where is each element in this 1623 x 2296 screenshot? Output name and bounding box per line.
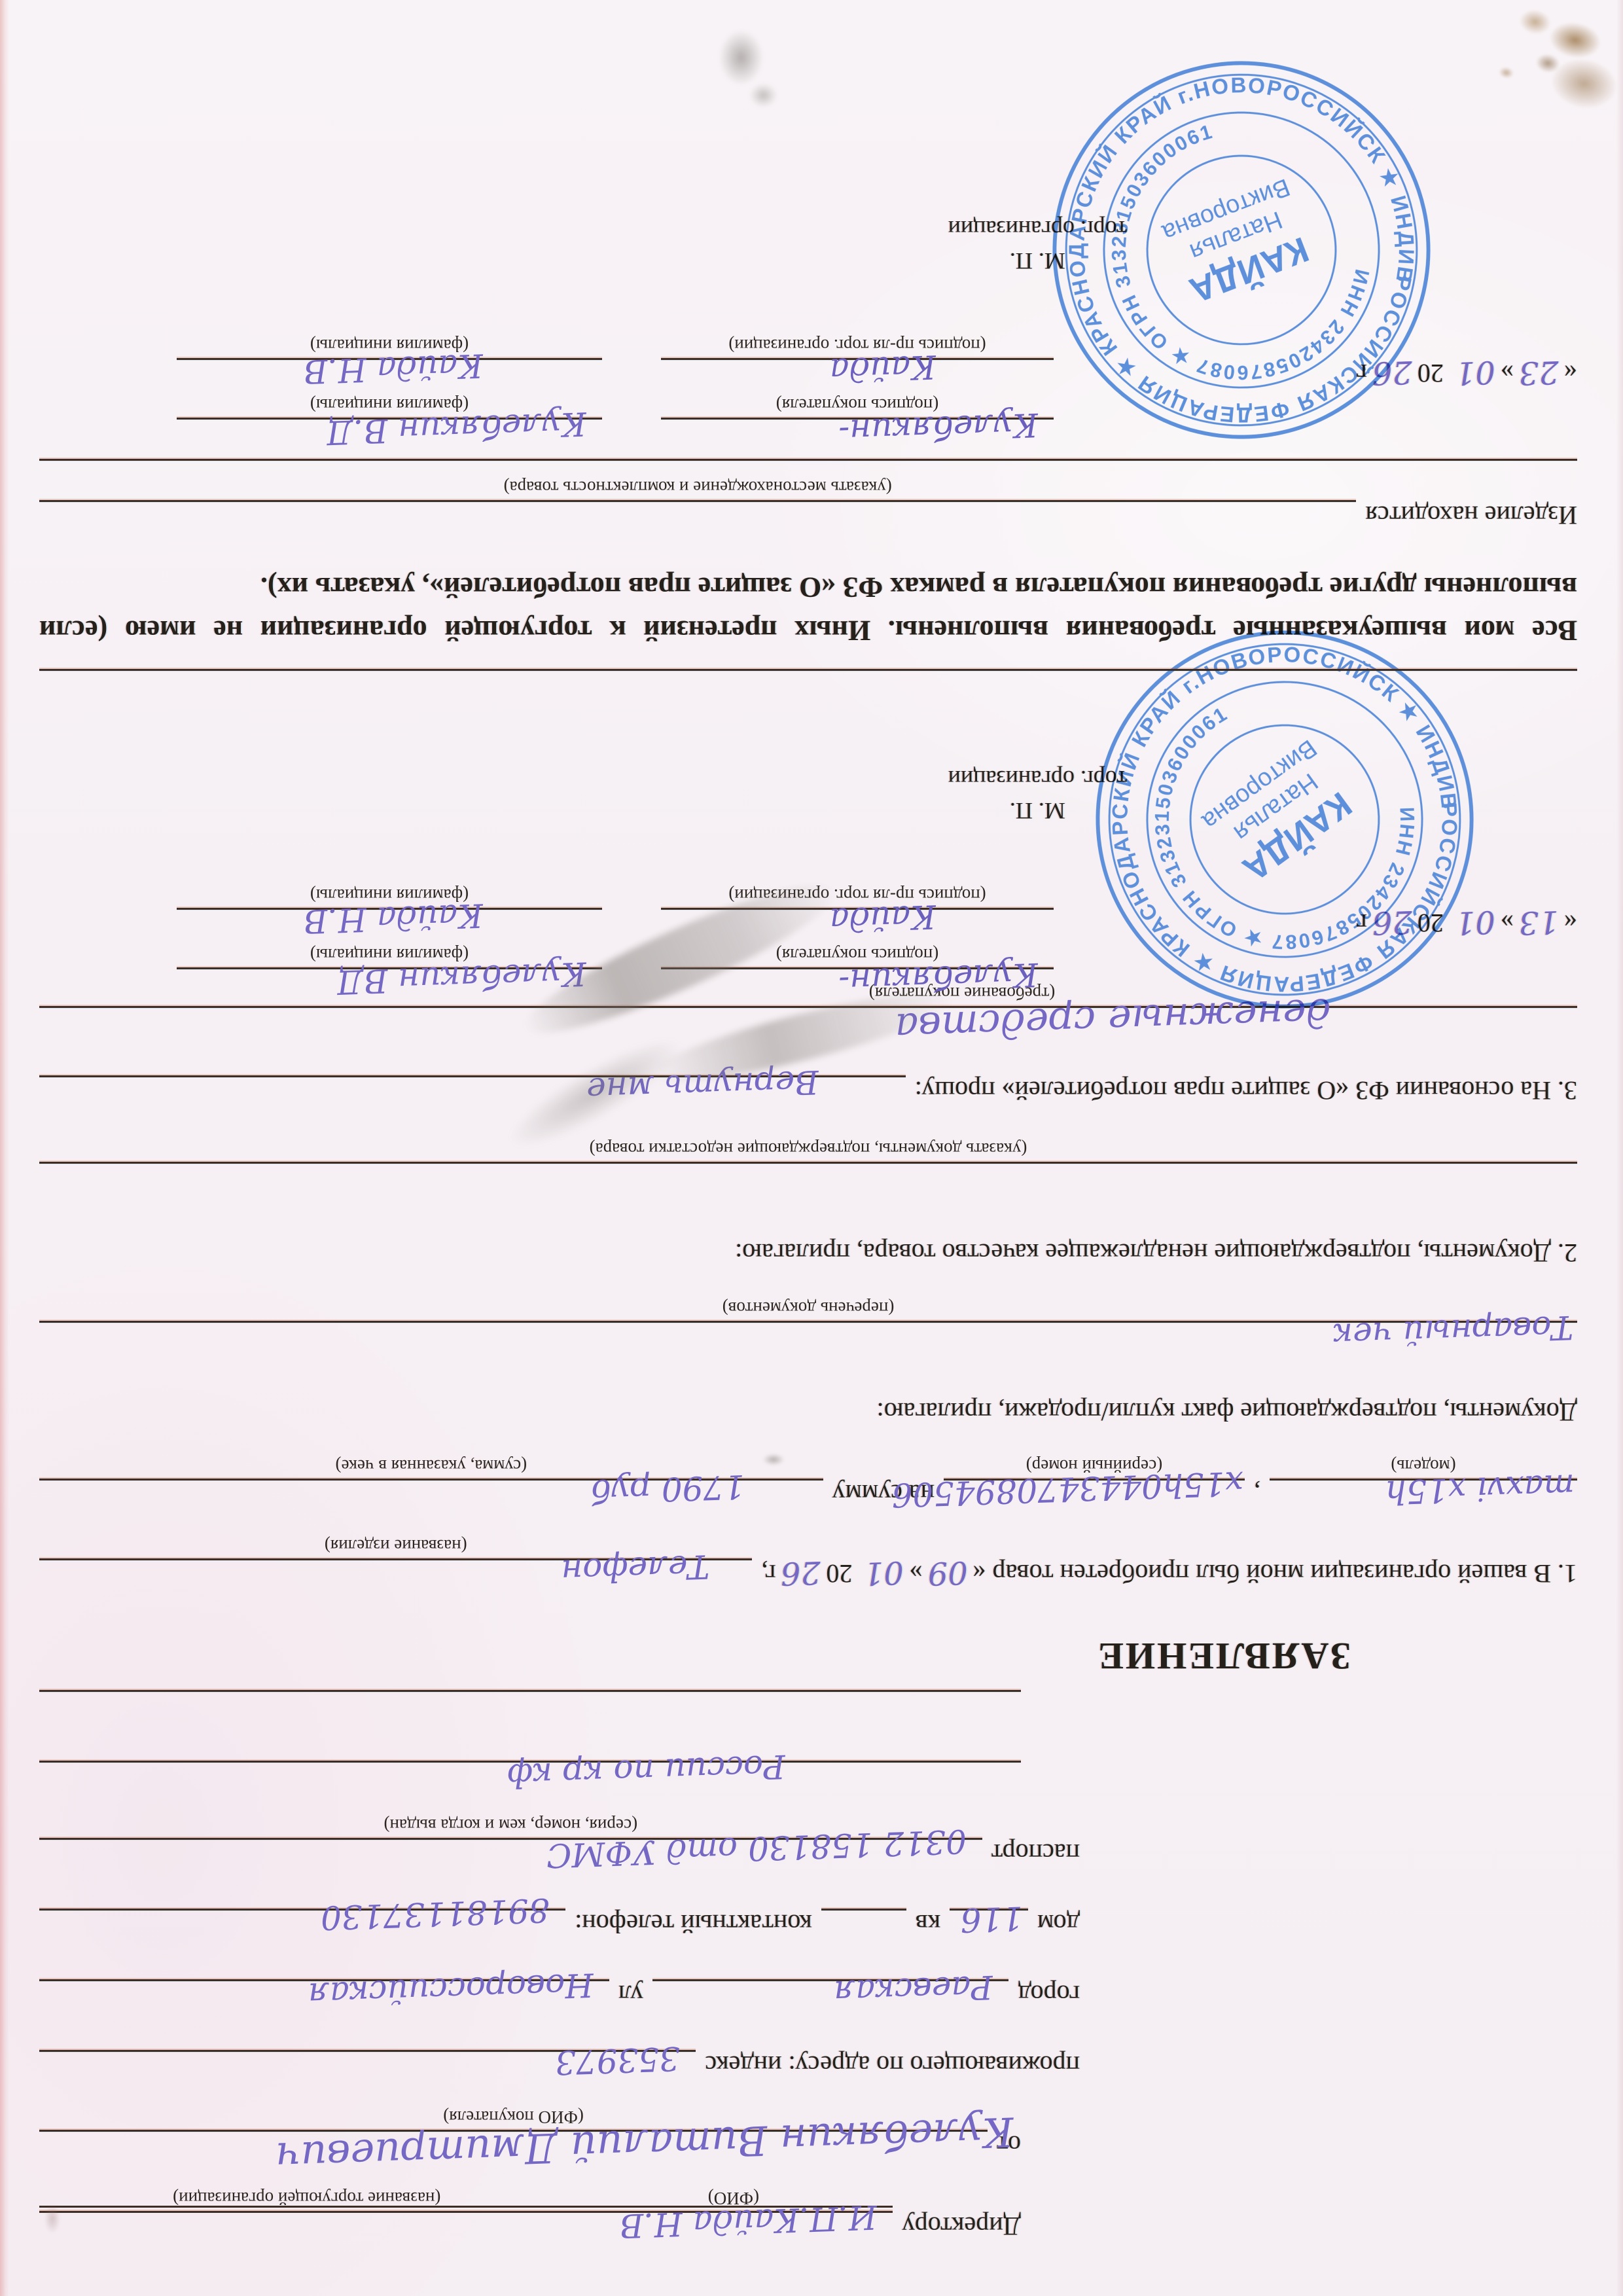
closing-paragraph: Все мои вышеуказанные требования выполне… — [39, 565, 1577, 652]
seller-sign-field-2: Кайда (подпись пр-ля торг. организации) — [661, 358, 1054, 360]
mp-label-2: М. П. торг. организации — [948, 213, 1127, 277]
mp-subtext-1: торг. организации — [948, 763, 1127, 795]
city-label: город — [1018, 1979, 1080, 2010]
director-row: Директору И.П.Кайда Н.В (ФИО) (название … — [39, 2211, 1021, 2245]
mp-text-1: М. П. — [948, 795, 1127, 827]
sig2-month-handwriting: 01 — [1455, 356, 1496, 389]
sig1-day-handwriting: 13 — [1518, 906, 1560, 939]
address-label: проживающего по адресу: индекс — [705, 2050, 1080, 2081]
demand-handwriting-1: Вернуть мне — [586, 1066, 819, 1106]
house-label: дом — [1037, 1909, 1080, 1939]
seller-name-field-1: Кайда Н.В (фамилия инициалы) — [177, 908, 602, 910]
blank-line-2 — [39, 459, 1577, 461]
seller-name-field-2: Кайда Н.В (фамилия инициалы) — [177, 358, 602, 360]
passport-field: 0312 158130 отд УФМС (серия, номер, кем … — [39, 1838, 982, 1840]
sig1-month-handwriting: 01 — [1455, 906, 1496, 939]
org-sublabel: (название торгующей организации) — [173, 2188, 440, 2208]
house-phone-row: дом 116 кв контактный телефон: 891811371… — [39, 1909, 1080, 1943]
consumer-claim-form: Директору И.П.Кайда Н.В (ФИО) (название … — [0, 0, 1623, 2296]
demand-label: 3. На основании ФЗ «О защите прав потреб… — [915, 1075, 1577, 1106]
seller-sign-sublabel-2: (подпись пр-ля торг. организации) — [661, 335, 1054, 355]
date-line-2: «23»01 2026г — [1356, 358, 1577, 391]
street-handwriting: Новороссийская — [308, 1968, 594, 2011]
blank-header-row — [39, 1690, 1021, 1724]
director-label: Директору — [902, 2211, 1021, 2242]
buyer-name-sublabel-1: (фамилия инициалы) — [177, 944, 602, 965]
mp-label-1: М. П. торг. организации — [948, 763, 1127, 827]
buyer-signature-row-1: Кулебякин- (подпись покупателя) Кулебяки… — [39, 967, 1054, 969]
model-serial-sum-row: maxvi x15h (модель) , x15h0443470894506 … — [39, 1479, 1577, 1513]
product-sublabel: (название изделия) — [39, 1535, 752, 1556]
purchase-month-handwriting: 01 — [863, 1556, 904, 1589]
stamp2-center-name: КАЙДА — [1184, 229, 1313, 311]
sig2-year-handwriting: 26 — [1372, 356, 1413, 389]
model-serial-separator: , — [1254, 1479, 1260, 1509]
from-row: от Кулебякин Виталий Дмитриевич (ФИО пок… — [39, 2130, 1021, 2164]
demand-field2: денежные средства (требование покупателя… — [39, 1006, 1577, 1008]
upside-down-document: Директору И.П.Кайда Н.В (ФИО) (название … — [0, 0, 1623, 2296]
separator-line-row — [39, 669, 1577, 671]
docs-quality-sublabel: (указать документы, подтверждающие недос… — [39, 1139, 1577, 1159]
street-label: ул — [618, 1979, 643, 2010]
scan-edge-left — [0, 0, 9, 2296]
blank-line-row-2 — [39, 459, 1577, 461]
index-handwriting: 353973 — [555, 2042, 681, 2079]
product-field: Телефон (название изделия) — [39, 1558, 752, 1560]
docs-quality-row: (указать документы, подтверждающие недос… — [39, 1162, 1577, 1196]
phone-handwriting: 89181137130 — [19, 1893, 550, 1945]
buyer-signature-row-2: Кулебякин- (подпись покупателя) Кулебяки… — [39, 418, 1054, 420]
seller-sign-field-1: Кайда (подпись пр-ля торг. организации) — [661, 908, 1054, 910]
buyer-fio-sublabel: (ФИО покупателя) — [39, 2107, 988, 2127]
docs-purchase-label: Документы, подтверждающие факт купли/про… — [39, 1397, 1577, 1427]
phone-field: 89181137130 — [39, 1909, 565, 1910]
seller-sign-sublabel-1: (подпись пр-ля торг. организации) — [661, 885, 1054, 905]
passport-extra-field: России по кр кф — [39, 1761, 1021, 1763]
seller-name-sublabel-1: (фамилия инициалы) — [177, 885, 602, 905]
buyer-name-field-2: Кулебякин В.Д (фамилия инициалы) — [177, 418, 602, 420]
svg-text:РОССИЙСКАЯ ФЕДЕРАЦИЯ ★ КРАСНОД: РОССИЙСКАЯ ФЕДЕРАЦИЯ ★ КРАСНОДАРСКИЙ КРА… — [1090, 622, 1497, 1031]
model-field: maxvi x15h (модель) — [1270, 1479, 1577, 1480]
city-handwriting: Раевская — [834, 1971, 994, 2009]
stamp1-outer-ring-text: РОССИЙСКАЯ ФЕДЕРАЦИЯ ★ КРАСНОДАРСКИЙ КРА… — [1090, 622, 1497, 1031]
mp-text-2: М. П. — [948, 245, 1127, 277]
serial-sublabel: (серийный номер) — [944, 1456, 1245, 1476]
stamp1-center-name: КАЙДА — [1236, 784, 1359, 889]
apt-label: кв — [916, 1909, 940, 1939]
index-field: 353973 — [39, 2050, 696, 2052]
seller-signature-1: Кайда — [829, 900, 936, 937]
demand-sublabel: (требование покупателя) — [39, 983, 1623, 1003]
street-field: Новороссийская — [39, 1979, 609, 1981]
signature-block-2: «23»01 2026г Кулебякин- (подпись покупат… — [39, 145, 1577, 420]
buyer-sign-sublabel-2: (подпись покупателя) — [661, 395, 1054, 415]
seller-name-sublabel-2: (фамилия инициалы) — [177, 335, 602, 355]
sum-sublabel: (сумма, указанная в чеке) — [39, 1456, 823, 1476]
serial-field: x15h0443470894506 (серийный номер) — [944, 1479, 1245, 1480]
apt-field — [821, 1909, 906, 1910]
sig1-year-handwriting: 26 — [1372, 906, 1413, 939]
director-sublabels: (ФИО) (название торгующей организации) — [39, 2188, 893, 2208]
buyer-name-sublabel-2: (фамилия инициалы) — [177, 395, 602, 415]
demand-field1: Вернуть мне — [39, 1075, 906, 1077]
fio-sublabel: (ФИО) — [708, 2188, 759, 2208]
stamp1-center-patronymic: Викторовна — [1198, 734, 1323, 835]
demand-row: 3. На основании ФЗ «О защите прав потреб… — [39, 1075, 1577, 1109]
passport-extra-handwriting: России по кр кф — [507, 1750, 785, 1793]
docs-quality-label: 2. Документы, подтверждающие ненадлежаще… — [39, 1238, 1577, 1268]
stamp1-center-first: Наталья — [1229, 768, 1323, 848]
director-field: И.П.Кайда Н.В (ФИО) (название торгующей … — [39, 2211, 893, 2213]
sum-field: 1790 руб (сумма, указанная в чеке) — [39, 1479, 823, 1480]
form-header: Директору И.П.Кайда Н.В (ФИО) (название … — [39, 1690, 1021, 2245]
purchase-lead: 1. В вашей организации мной был приобрет… — [761, 1558, 1577, 1591]
passport-row: паспорт 0312 158130 отд УФМС (серия, ном… — [39, 1838, 1080, 1872]
sig2-day-handwriting: 23 — [1518, 356, 1560, 389]
city-row: город Раевская ул Новороссийская — [39, 1979, 1080, 2013]
svg-text:ИНН 234205876087 ★ ОГРН 3132: ИНН 234205876087 ★ ОГРН 313231503600061 — [1088, 107, 1393, 403]
signature-block-1: «13»01 2026г Кулебякин- (подпись покупат… — [39, 694, 1577, 969]
scan-edge-right — [1616, 0, 1623, 2296]
docs-purchase-row: Товарный чек (перечень документов) — [39, 1321, 1577, 1355]
from-field: Кулебякин Виталий Дмитриевич (ФИО покупа… — [39, 2130, 988, 2132]
buyer-sign-sublabel-1: (подпись покупателя) — [661, 944, 1054, 965]
city-field: Раевская — [652, 1979, 1008, 1981]
demand-row-2: денежные средства (требование покупателя… — [39, 1006, 1577, 1040]
seller-signature-row-1: Кайда (подпись пр-ля торг. организации) … — [39, 908, 1054, 910]
separator-line — [39, 669, 1577, 671]
buyer-sign-field-1: Кулебякин- (подпись покупателя) — [661, 967, 1054, 969]
round-org-stamp-1: РОССИЙСКАЯ ФЕДЕРАЦИЯ ★ КРАСНОДАРСКИЙ КРА… — [1073, 607, 1497, 1031]
form-title: ЗАЯВЛЕНИЕ — [1096, 1634, 1351, 1678]
purchase-year-handwriting: 26 — [780, 1556, 821, 1589]
purchase-row: 1. В вашей организации мной был приобрет… — [39, 1558, 1577, 1592]
passport-sublabel: (серия, номер, кем и когда выдан) — [39, 1815, 982, 1835]
phone-label: контактный телефон: — [575, 1909, 811, 1939]
purchase-day-handwriting: 09 — [927, 1556, 969, 1589]
date-line-1: «13»01 2026г — [1356, 908, 1577, 941]
item-location-row: Изделие находится (указать местонахожден… — [39, 500, 1577, 534]
passport-label: паспорт — [991, 1838, 1080, 1869]
house-handwriting: 116 — [960, 1901, 1024, 1936]
buyer-name-field-1: Кулебякин ВД (фамилия инициалы) — [177, 967, 602, 969]
stamp2-center-first: Наталья — [1186, 206, 1287, 266]
blank-header-line — [39, 1690, 1021, 1692]
scanned-claim-form: { "colors": {"paper":"#f7f1f4","ink":"#2… — [0, 0, 1623, 2296]
mp-subtext-2: торг. организации — [948, 213, 1127, 245]
item-location-label: Изделие находится — [1365, 500, 1577, 531]
docs-purchase-field: Товарный чек (перечень документов) — [39, 1321, 1577, 1323]
model-sublabel: (модель) — [1270, 1456, 1577, 1476]
item-location-field: (указать местонахождение и комплектность… — [39, 500, 1356, 502]
passport-extra-row: России по кр кф — [39, 1761, 1021, 1795]
item-location-sublabel: (указать местонахождение и комплектность… — [39, 477, 1356, 497]
seller-signature-2: Кайда — [829, 350, 936, 387]
docs-quality-field: (указать документы, подтверждающие недос… — [39, 1162, 1577, 1164]
seller-signature-row-2: Кайда (подпись пр-ля торг. организации) … — [39, 358, 1054, 360]
stamp2-center-patronymic: Викторовна — [1159, 173, 1294, 247]
buyer-sign-field-2: Кулебякин- (подпись покупателя) — [661, 418, 1054, 420]
address-row: проживающего по адресу: индекс 353973 — [39, 2050, 1080, 2084]
docs-purchase-sublabel: (перечень документов) — [39, 1298, 1577, 1318]
house-field: 116 — [950, 1909, 1028, 1910]
stamp2-inner-ring-text: ИНН 234205876087 ★ ОГРН 313231503600061 — [1088, 107, 1393, 403]
